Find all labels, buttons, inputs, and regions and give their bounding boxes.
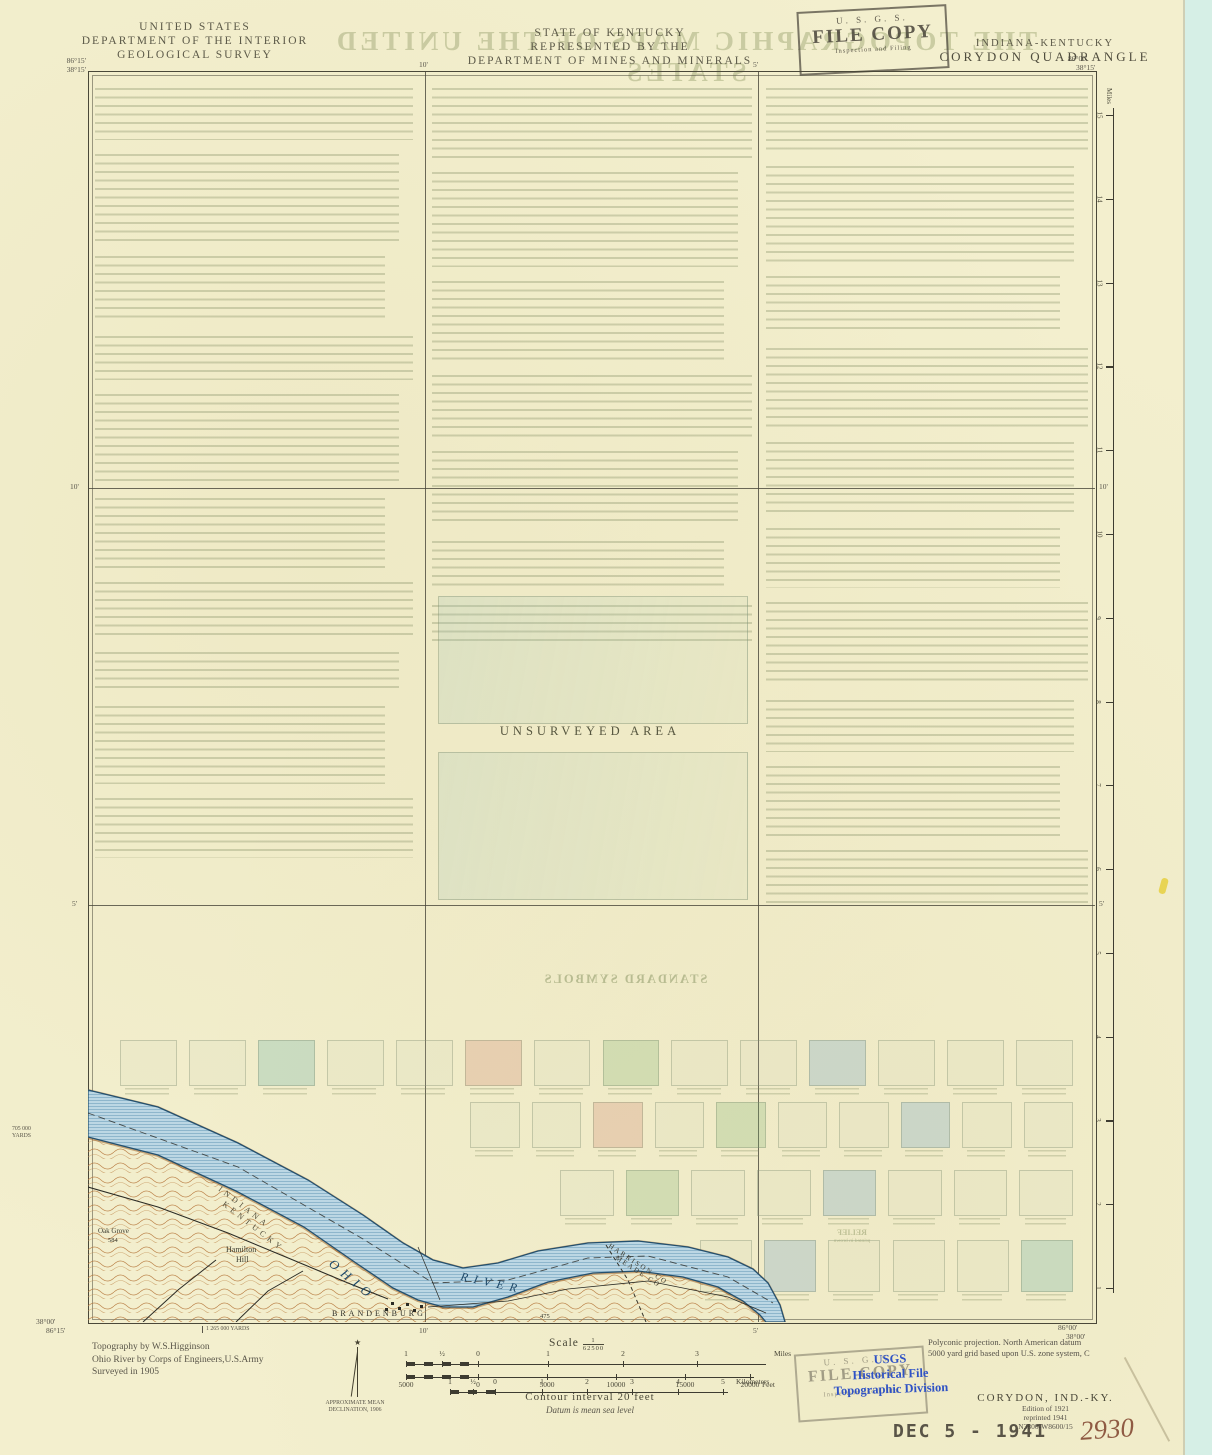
ghost-paragraph <box>432 451 738 527</box>
scale-bar-tick <box>723 1389 724 1395</box>
scale-bar-label: 0 <box>493 1377 497 1386</box>
ruler-tick <box>1106 534 1114 535</box>
ruler-tick-label: 12 <box>1096 363 1104 370</box>
scale-bar-label: 1 <box>404 1349 408 1358</box>
yards-value: 705 000 <box>12 1126 74 1133</box>
corner-top-right: 86°00' 38°15' <box>1068 55 1095 72</box>
agency-line-3: GEOLOGICAL SURVEY <box>70 48 320 62</box>
ruler-tick-label: 15 <box>1096 112 1104 119</box>
scale-bar-tick <box>697 1361 698 1367</box>
attribution-line-2: Ohio River by Corps of Engineers,U.S.Arm… <box>92 1354 264 1367</box>
ruler-tick-label: 13 <box>1096 279 1104 286</box>
ruler-tick <box>1106 1204 1114 1205</box>
ghost-paragraph <box>95 88 413 140</box>
ghost-paragraph <box>95 256 385 322</box>
yellow-smudge <box>1158 877 1169 894</box>
ghost-paragraph <box>766 528 1060 588</box>
ruler-tick <box>1106 1037 1114 1038</box>
ruler-tick <box>1106 1288 1114 1289</box>
minute-label: 5' <box>753 1326 758 1335</box>
state-line-2: REPRESENTED BY THE <box>420 40 800 54</box>
ghost-paragraph <box>766 166 1074 262</box>
ruler-tick <box>1106 450 1114 451</box>
scale-denominator: 62500 <box>583 1344 604 1353</box>
sheet-edition: Edition of 1921 <box>973 1404 1118 1413</box>
file-copy-stamp-top: U. S. G. S. FILE COPY Inspection and Fil… <box>796 4 949 76</box>
scale-bar-label: 5 <box>721 1377 725 1386</box>
yards-unit: YARDS <box>12 1133 74 1140</box>
ruler-tick-label: 6 <box>1094 867 1102 871</box>
ghost-paragraph <box>766 766 1060 836</box>
yard-grid-label-bottom: 1 265 000 YARDS <box>202 1326 249 1333</box>
historical-file-stamp: USGS Historical File Topographic Divisio… <box>817 1349 963 1399</box>
ruler-tick <box>1106 283 1114 284</box>
state-line-3: DEPARTMENT OF MINES AND MINERALS <box>420 54 800 68</box>
yard-grid-label-left: 705 000 YARDS <box>12 1126 74 1140</box>
ruler-tick <box>1106 366 1114 367</box>
spot-elevation-475: 475 <box>540 1313 550 1320</box>
ghost-paragraph <box>432 281 724 361</box>
ghost-figure <box>438 752 748 900</box>
town-label-brandenburg: BRANDENBURG <box>332 1309 426 1318</box>
minute-label: 5' <box>72 899 77 908</box>
handwritten-accession-number: 2930 <box>1079 1412 1135 1447</box>
minute-label: 5' <box>1099 899 1104 908</box>
ruler-tick-label: 7 <box>1094 784 1102 788</box>
mile-ruler-unit: Miles <box>1105 88 1113 104</box>
scale-bar-label: 1 <box>546 1349 550 1358</box>
scale-statement: Scale162500 <box>549 1337 604 1353</box>
ghost-paragraph <box>95 336 413 380</box>
ghost-paragraph <box>432 541 724 591</box>
ruler-tick <box>1106 702 1114 703</box>
corner-bottom-left: 38°00' 86°15' <box>36 1318 65 1335</box>
corner-lat: 38°15' <box>42 66 86 75</box>
attribution-line-3: Surveyed in 1905 <box>92 1366 264 1379</box>
scale-bar-stripe <box>406 1375 478 1379</box>
declination-line-1: APPROXIMATE MEAN <box>300 1400 410 1407</box>
ruler-tick <box>1106 953 1114 954</box>
paper-edge <box>1183 0 1185 1455</box>
ghost-paragraph <box>766 602 1088 686</box>
ruler-tick <box>1106 115 1114 116</box>
ghost-paragraph <box>432 172 738 267</box>
ruler-tick <box>1106 785 1114 786</box>
agency-line-2: DEPARTMENT OF THE INTERIOR <box>70 34 320 48</box>
scale-bar-label: ½ <box>439 1349 445 1358</box>
ruler-tick-label: 1 <box>1094 1286 1102 1290</box>
scale-bar-label: 1 <box>540 1377 544 1386</box>
datum-note: Datum is mean sea level <box>470 1405 710 1415</box>
scale-bar-tick <box>406 1361 407 1367</box>
ghost-paragraph <box>95 652 399 692</box>
sheet-name: CORYDON, IND.-KY. <box>973 1392 1118 1404</box>
minute-label: 10' <box>1099 482 1108 491</box>
minute-label: 10' <box>419 60 428 69</box>
ruler-tick <box>1106 199 1114 200</box>
ghost-paragraph <box>766 88 1088 152</box>
state-header: STATE OF KENTUCKY REPRESENTED BY THE DEP… <box>420 26 800 68</box>
minute-label: 10' <box>419 1326 428 1335</box>
ghost-paragraph <box>95 498 385 568</box>
ghost-paragraph <box>766 850 1088 908</box>
ghost-paragraph <box>766 442 1074 514</box>
scale-bar-label: ½ <box>470 1377 476 1386</box>
agency-line-1: UNITED STATES <box>70 20 320 34</box>
corner-top-left: 86°15' 38°15' <box>54 57 86 74</box>
minute-label: 5' <box>753 60 758 69</box>
place-label-oak-grove: Oak Grove <box>98 1227 129 1235</box>
scale-bar-tick <box>442 1361 443 1367</box>
scale-bar-tick <box>548 1361 549 1367</box>
mile-ruler-line <box>1113 108 1114 1293</box>
ruler-tick-label: 14 <box>1096 195 1104 202</box>
scale-bar-label: 0 <box>476 1349 480 1358</box>
map-art: OHIO RIVER INDIANA KENTUCKY HARRISON CO … <box>88 1075 1095 1322</box>
ghost-paragraph <box>432 375 752 437</box>
agency-header: UNITED STATES DEPARTMENT OF THE INTERIOR… <box>70 20 320 62</box>
spot-elevation-584: 584 <box>108 1237 119 1244</box>
scale-bar-label: 1 <box>448 1377 452 1386</box>
ghost-paragraph <box>766 276 1060 334</box>
date-received-stamp: DEC 5 - 1941 <box>893 1421 1047 1442</box>
ruler-tick <box>1106 618 1114 619</box>
ruler-tick <box>1106 869 1114 870</box>
scale-bar-unit: Miles <box>774 1349 791 1358</box>
scale-bar-label: 3 <box>695 1349 699 1358</box>
ghost-paragraph <box>95 154 399 242</box>
ruler-tick-label: 11 <box>1095 447 1103 454</box>
scanner-bed-strip <box>1185 0 1212 1455</box>
north-star-icon: ★ <box>354 1338 361 1347</box>
hill-label-2: Hill <box>236 1255 249 1264</box>
attribution-block: Topography by W.S.Higginson Ohio River b… <box>92 1341 264 1379</box>
minute-label: 10' <box>70 482 79 491</box>
scale-bar-unit: Kilometers <box>736 1377 769 1386</box>
attribution-line-1: Topography by W.S.Higginson <box>92 1341 264 1354</box>
scale-word: Scale <box>549 1337 579 1349</box>
scale-bar-tick <box>478 1361 479 1367</box>
ghost-paragraph <box>95 582 413 638</box>
scale-bar-label: 2 <box>585 1377 589 1386</box>
unsurveyed-area-label: UNSURVEYED AREA <box>455 724 725 739</box>
scale-bar-label: 4 <box>676 1377 680 1386</box>
scale-numerator: 1 <box>591 1337 595 1344</box>
ruler-tick-label: 10 <box>1096 530 1104 537</box>
scale-bar-label: 5000 <box>399 1380 414 1389</box>
ruler-tick-label: 3 <box>1094 1119 1102 1123</box>
scale-bar-tick <box>623 1361 624 1367</box>
ruler-tick-label: 9 <box>1094 616 1102 620</box>
ghost-paragraph <box>766 348 1088 428</box>
ruler-tick-label: 4 <box>1094 1035 1102 1039</box>
scale-bar-label: 3 <box>630 1377 634 1386</box>
ruler-tick-label: 2 <box>1094 1202 1102 1206</box>
projection-line-1: Polyconic projection. North American dat… <box>928 1337 1138 1348</box>
scale-bar-label: 2 <box>621 1349 625 1358</box>
declination-line-2: DECLINATION, 1906 <box>300 1407 410 1414</box>
ruler-tick-label: 8 <box>1094 700 1102 704</box>
scale-bar-tick <box>450 1389 451 1395</box>
ghost-paragraph <box>432 88 752 158</box>
contour-interval-note: Contour interval 20 feet <box>460 1391 720 1403</box>
ghost-paragraph <box>766 700 1074 752</box>
ghost-figure <box>438 596 748 724</box>
ghost-paragraph <box>95 798 413 858</box>
ghost-paragraph <box>95 394 399 484</box>
declination-caption: APPROXIMATE MEAN DECLINATION, 1906 <box>300 1400 410 1414</box>
ruler-tick-label: 5 <box>1094 951 1102 955</box>
ghost-paragraph <box>95 706 385 784</box>
state-line-1: STATE OF KENTUCKY <box>420 26 800 40</box>
corner-lon: 86°15' <box>46 1327 65 1336</box>
ghost-standard-symbols: STANDARD SYMBOLS <box>505 972 745 987</box>
ruler-tick <box>1106 1120 1114 1121</box>
hill-label-1: Hamilton <box>226 1245 256 1254</box>
